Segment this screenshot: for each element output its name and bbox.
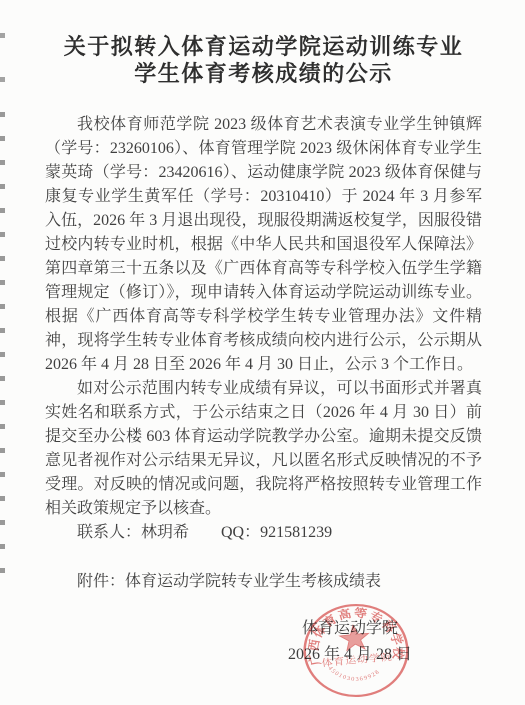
body-paragraph-1: 我校体育师范学院 2023 级体育艺术表演专业学生钟镇辉（学号：23260106… [45, 113, 482, 377]
notice-document: 关于拟转入体育运动学院运动训练专业 学生体育考核成绩的公示 我校体育师范学院 2… [0, 0, 525, 705]
scan-artifact [0, 112, 5, 580]
signature-date: 2026 年 4 月 28 日 [265, 642, 435, 668]
signature-block: 体育运动学院 2026 年 4 月 28 日 [265, 616, 435, 668]
scan-artifact [0, 33, 5, 85]
title-line-2: 学生体育考核成绩的公示 [45, 60, 482, 87]
title-line-1: 关于拟转入体育运动学院运动训练专业 [45, 33, 482, 60]
body-paragraph-2: 如对公示范围内转专业成绩有异议，可以书面形式并署真实姓名和联系方式，于公示结束之… [45, 377, 482, 521]
page-title: 关于拟转入体育运动学院运动训练专业 学生体育考核成绩的公示 [45, 33, 482, 87]
signature-unit-name: 体育运动学院 [265, 616, 435, 642]
contact-line: 联系人：林玥希 QQ：921581239 [45, 521, 482, 545]
attachment-line: 附件：体育运动学院转专业学生考核成绩表 [45, 570, 482, 594]
